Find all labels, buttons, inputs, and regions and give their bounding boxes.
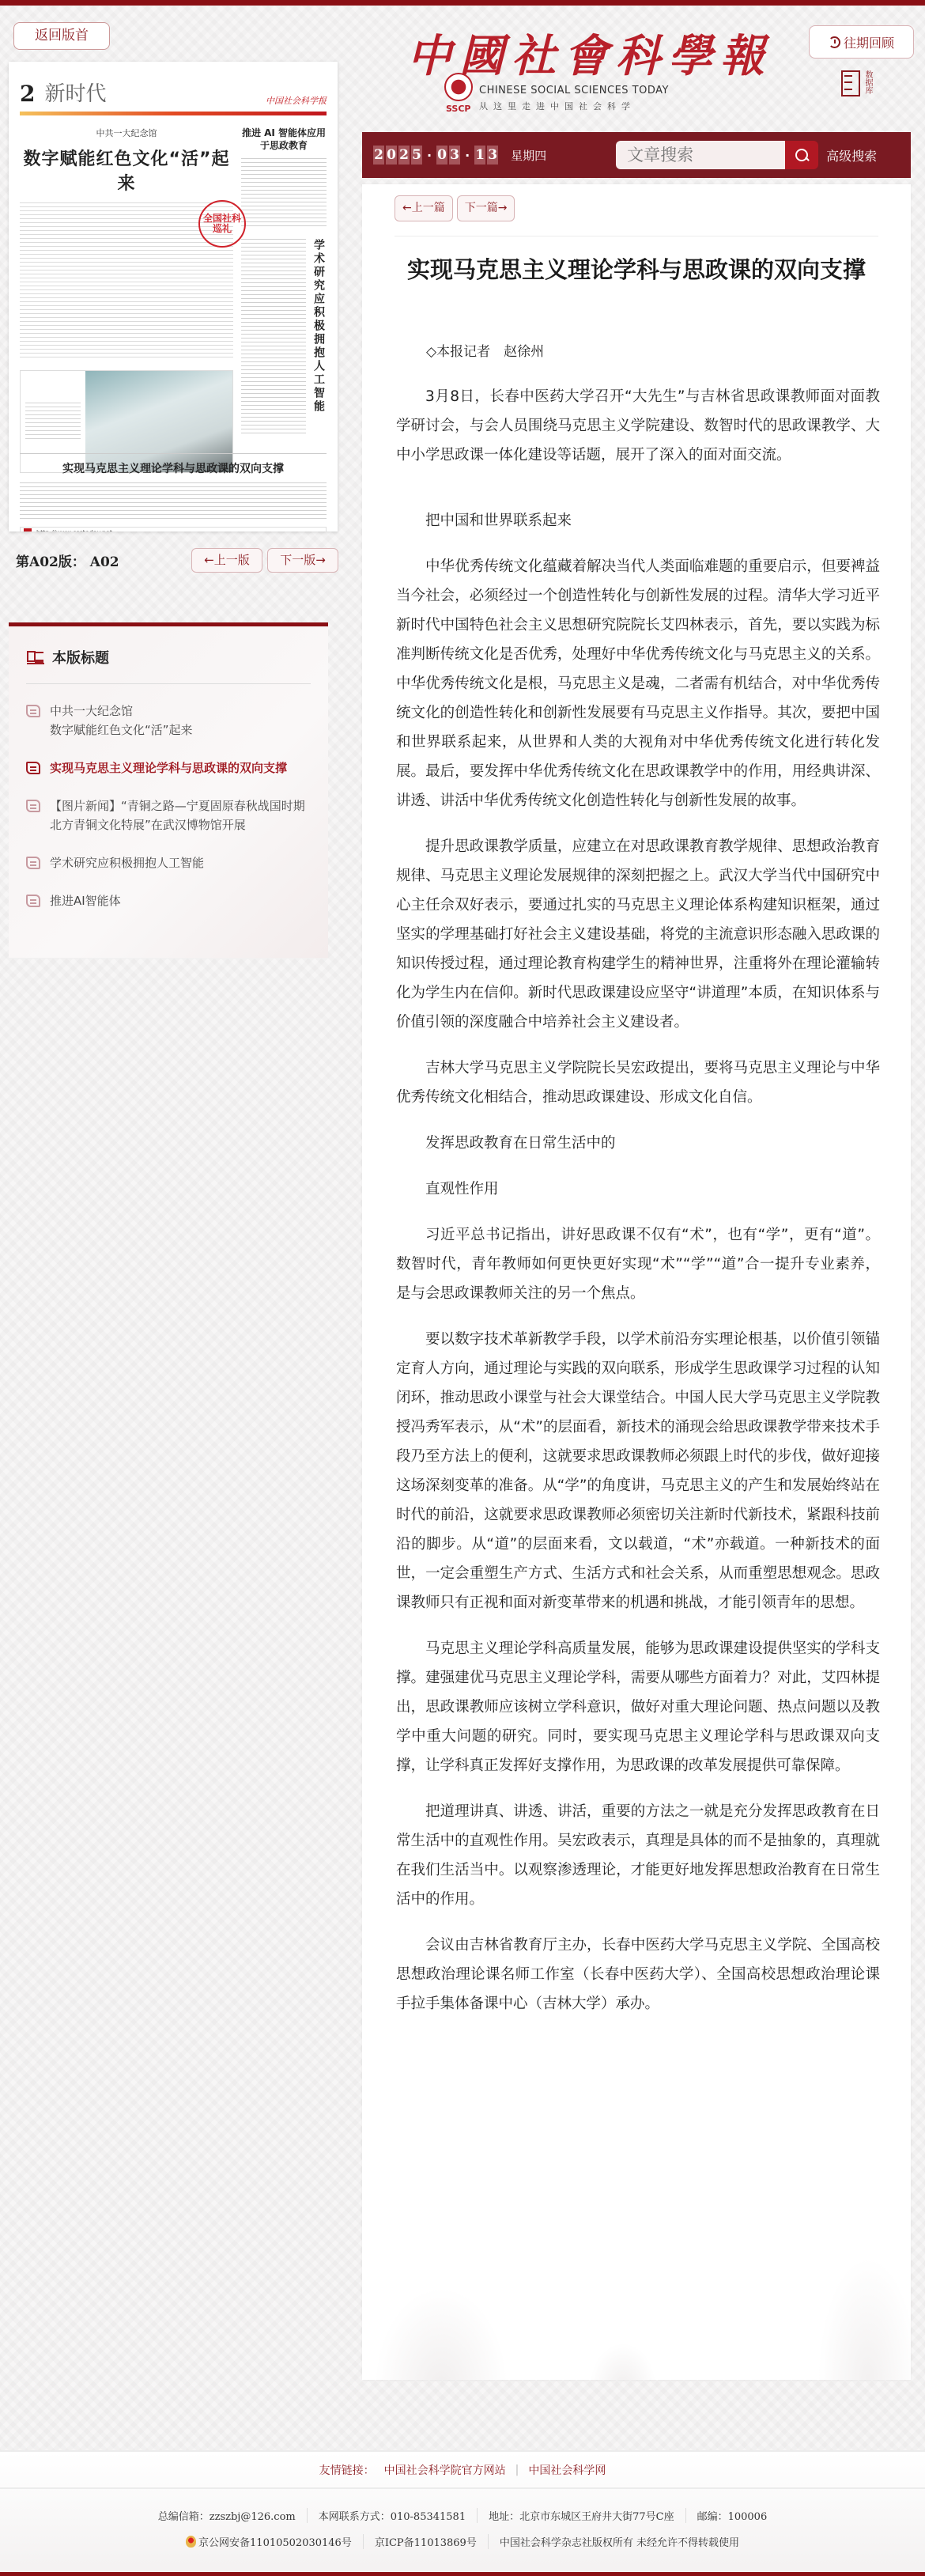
date-separator: · [465, 148, 470, 163]
separator: | [515, 2464, 519, 2476]
divider [395, 236, 878, 236]
past-issues-button[interactable]: 往期回顾 [809, 25, 914, 59]
thumb-footer-badge [24, 528, 32, 531]
database-label: 数据库 [863, 70, 872, 96]
past-issues-label: 往期回顾 [844, 33, 894, 51]
paragraph: 吉林大学马克思主义学院院长吴宏政提出，要将马克思主义理论与中华优秀传统文化相结合… [396, 1053, 880, 1112]
date-digit: 3 [487, 146, 498, 165]
document-icon [26, 895, 40, 907]
contact-info-row: 总编信箱：zzszbj@126.com 本网联系方式：010-85341581 … [0, 2508, 925, 2523]
database-button[interactable]: 数据库 [841, 70, 872, 96]
database-icon [841, 70, 860, 96]
headline-item-label: 推进AI智能体 [50, 891, 121, 910]
logo-english: CHINESE SOCIAL SCIENCES TODAY [479, 85, 669, 96]
thumb-photo-caption [25, 403, 81, 441]
next-page-button[interactable]: 下一版→ [267, 548, 338, 573]
police-registration[interactable]: 京公网安备11010502030146号 [175, 2534, 363, 2549]
prev-page-button[interactable]: ←上一版 [191, 548, 262, 573]
friend-links: 友情链接： 中国社会科学院官方网站 | 中国社会科学网 [0, 2452, 925, 2489]
issue-date: 2 0 2 5 · 0 3 · 1 3 [373, 146, 498, 165]
date-digit: 2 [373, 146, 384, 165]
thumb-right-text [241, 158, 327, 229]
footer-brand-bar [0, 2572, 925, 2576]
thumb-bottom-headline[interactable]: 实现马克思主义理论学科与思政课的双向支撑 [20, 460, 327, 476]
paragraph: 要以数字技术革新教学手段，以学术前沿夯实理论根基，以价值引领锚定育人方向，通过理… [396, 1325, 880, 1617]
headline-list: 中共一大纪念馆 数字赋能红色文化“活”起来 实现马克思主义理论学科与思政课的双向… [9, 684, 328, 910]
date-search-bar: 2 0 2 5 · 0 3 · 1 3 星期四 高级搜索 [362, 132, 911, 178]
paragraph: 中华优秀传统文化蕴藏着解决当代人类面临难题的重要启示，但要裨益当今社会，必须经过… [396, 552, 880, 815]
history-clock-icon [829, 36, 840, 48]
headline-item-label: 【图片新闻】“青铜之路—宁夏固原春秋战国时期北方青铜文化特展”在武汉博物馆开展 [50, 796, 311, 834]
headline-item-label: 学术研究应积极拥抱人工智能 [50, 853, 204, 872]
thumb-kicker[interactable]: 中共一大纪念馆 [20, 127, 233, 139]
advanced-search-link[interactable]: 高级搜索 [826, 146, 877, 165]
thumb-page-number: 2 [20, 81, 35, 107]
police-registration-label: 京公网安备11010502030146号 [198, 2537, 352, 2549]
thumb-vertical-headline[interactable]: 学术研究应积极拥抱人工智能 [311, 239, 327, 437]
paragraph: 马克思主义理论学科高质量发展，能够为思政课建设提供坚实的学科支撑。建强建优马克思… [396, 1634, 880, 1780]
article-title: 实现马克思主义理论学科与思政课的双向支撑 [395, 252, 878, 288]
site-footer: 友情链接： 中国社会科学院官方网站 | 中国社会科学网 总编信箱：zzszbj@… [0, 2450, 925, 2576]
contact-phone: 本网联系方式：010-85341581 [307, 2508, 477, 2523]
date-digit: 0 [436, 146, 447, 165]
article-navigation: ←上一篇 下一篇→ [395, 195, 515, 221]
thumb-masthead: 中国社会科学报 [266, 94, 327, 107]
editor-email: 总编信箱：zzszbj@126.com [147, 2508, 307, 2523]
police-badge-icon [186, 2536, 196, 2548]
article-search-input[interactable] [616, 141, 785, 169]
paragraph: 习近平总书记指出，讲好思政课不仅有“术”，也有“学”，更有“道”。数智时代，青年… [396, 1220, 880, 1308]
headline-item-label: 中共一大纪念馆 数字赋能红色文化“活”起来 [50, 702, 193, 740]
date-separator: · [427, 148, 432, 163]
copyright: 中国社会科学杂志社版权所有 未经允许不得转载使用 [488, 2534, 750, 2549]
friend-link[interactable]: 中国社会科学网 [528, 2462, 606, 2478]
thumb-right-headline[interactable]: 推进 AI 智能体应用于思政教育 [241, 127, 327, 152]
date-digit: 1 [474, 146, 485, 165]
document-icon [26, 705, 40, 717]
icp-registration[interactable]: 京ICP备11013869号 [363, 2534, 488, 2549]
subheading: 把中国和世界联系起来 [396, 506, 880, 535]
date-digit: 2 [398, 146, 410, 165]
thumb-stamp-logo: 全国社科巡礼 [198, 200, 246, 248]
next-article-button[interactable]: 下一篇→ [457, 195, 515, 221]
article-byline: ◇本报记者 赵徐州 [426, 340, 544, 360]
document-icon [26, 762, 40, 774]
address: 地址：北京市东城区王府井大街77号C座 [477, 2508, 685, 2523]
date-digit: 3 [449, 146, 460, 165]
newspaper-page-thumbnail[interactable]: 2 新时代 中国社会科学报 中共一大纪念馆 数字赋能红色文化“活”起来 推进 A… [9, 62, 338, 531]
license-row: 京公网安备11010502030146号 京ICP备11013869号 中国社会… [0, 2534, 925, 2549]
masthead: 中國社會科學報 SSCP CHINESE SOCIAL SCIENCES TOD… [348, 6, 925, 132]
article-body: 3月8日，长春中医药大学召开“大先生”与吉林省思政课教师面对面教学研讨会，与会人… [396, 382, 880, 2035]
emblem-text: SSCP [446, 104, 471, 114]
page-headlines-panel: 本版标题 中共一大纪念馆 数字赋能红色文化“活”起来 实现马克思主义理论学科与思… [9, 622, 328, 958]
friend-links-label: 友情链接： [319, 2462, 375, 2478]
postal-code: 邮编：100006 [685, 2508, 779, 2523]
page-label: 第A02版： A02 [16, 550, 119, 570]
logo-slogan: 从这里走进中国社会科学 [479, 100, 636, 112]
emblem-icon [444, 73, 473, 101]
thumb-section-name: 新时代 [44, 78, 106, 107]
headline-item[interactable]: 【图片新闻】“青铜之路—宁夏固原春秋战国时期北方青铜文化特展”在武汉博物馆开展 [26, 796, 311, 834]
paragraph: 把道理讲真、讲透、讲活，重要的方法之一就是充分发挥思政教育在日常生活中的直观性作… [396, 1797, 880, 1914]
document-icon [26, 800, 40, 812]
paragraph: 提升思政课教学质量，应建立在对思政课教育教学规律、思想政治教育规律、马克思主义理… [396, 832, 880, 1037]
thumb-bottom-text [20, 482, 327, 522]
prev-article-button[interactable]: ←上一篇 [395, 195, 453, 221]
document-icon [26, 857, 40, 869]
paragraph: 3月8日，长春中医药大学召开“大先生”与吉林省思政课教师面对面教学研讨会，与会人… [396, 382, 880, 470]
thumb-gradient-bar [20, 112, 327, 115]
weekday: 星期四 [511, 147, 546, 164]
subheading: 发挥思政教育在日常生活中的 [396, 1129, 880, 1158]
date-digit: 5 [411, 146, 422, 165]
search-button[interactable] [785, 141, 818, 169]
date-digit: 0 [386, 146, 397, 165]
page-navigation: 第A02版： A02 ←上一版 下一版→ [16, 548, 340, 572]
headline-item[interactable]: 中共一大纪念馆 数字赋能红色文化“活”起来 [26, 702, 311, 740]
article-panel: ←上一篇 下一篇→ 实现马克思主义理论学科与思政课的双向支撑 ◇本报记者 赵徐州… [362, 184, 911, 2380]
friend-link[interactable]: 中国社会科学院官方网站 [384, 2462, 506, 2478]
top-brand-bar [0, 0, 925, 6]
thumb-headline[interactable]: 数字赋能红色文化“活”起来 [20, 146, 233, 195]
paragraph: 会议由吉林省教育厅主办，长春中医药大学马克思主义学院、全国高校思想政治理论课名师… [396, 1931, 880, 2018]
list-icon [27, 651, 44, 664]
subheading: 直观性作用 [396, 1175, 880, 1204]
thumb-vertical-text [241, 239, 306, 437]
page-headlines-title: 本版标题 [52, 647, 109, 668]
headline-item-label: 实现马克思主义理论学科与思政课的双向支撑 [50, 758, 287, 777]
thumb-footer-site: http://www.csstoday.net [36, 529, 112, 532]
headline-item[interactable]: 学术研究应积极拥抱人工智能 [26, 853, 311, 872]
headline-item-active[interactable]: 实现马克思主义理论学科与思政课的双向支撑 [26, 758, 311, 777]
headline-item[interactable]: 推进AI智能体 [26, 891, 311, 910]
thumb-footer-strip: http://www.csstoday.net [20, 527, 327, 531]
back-to-front-page-button[interactable]: 返回版首 [13, 22, 110, 50]
